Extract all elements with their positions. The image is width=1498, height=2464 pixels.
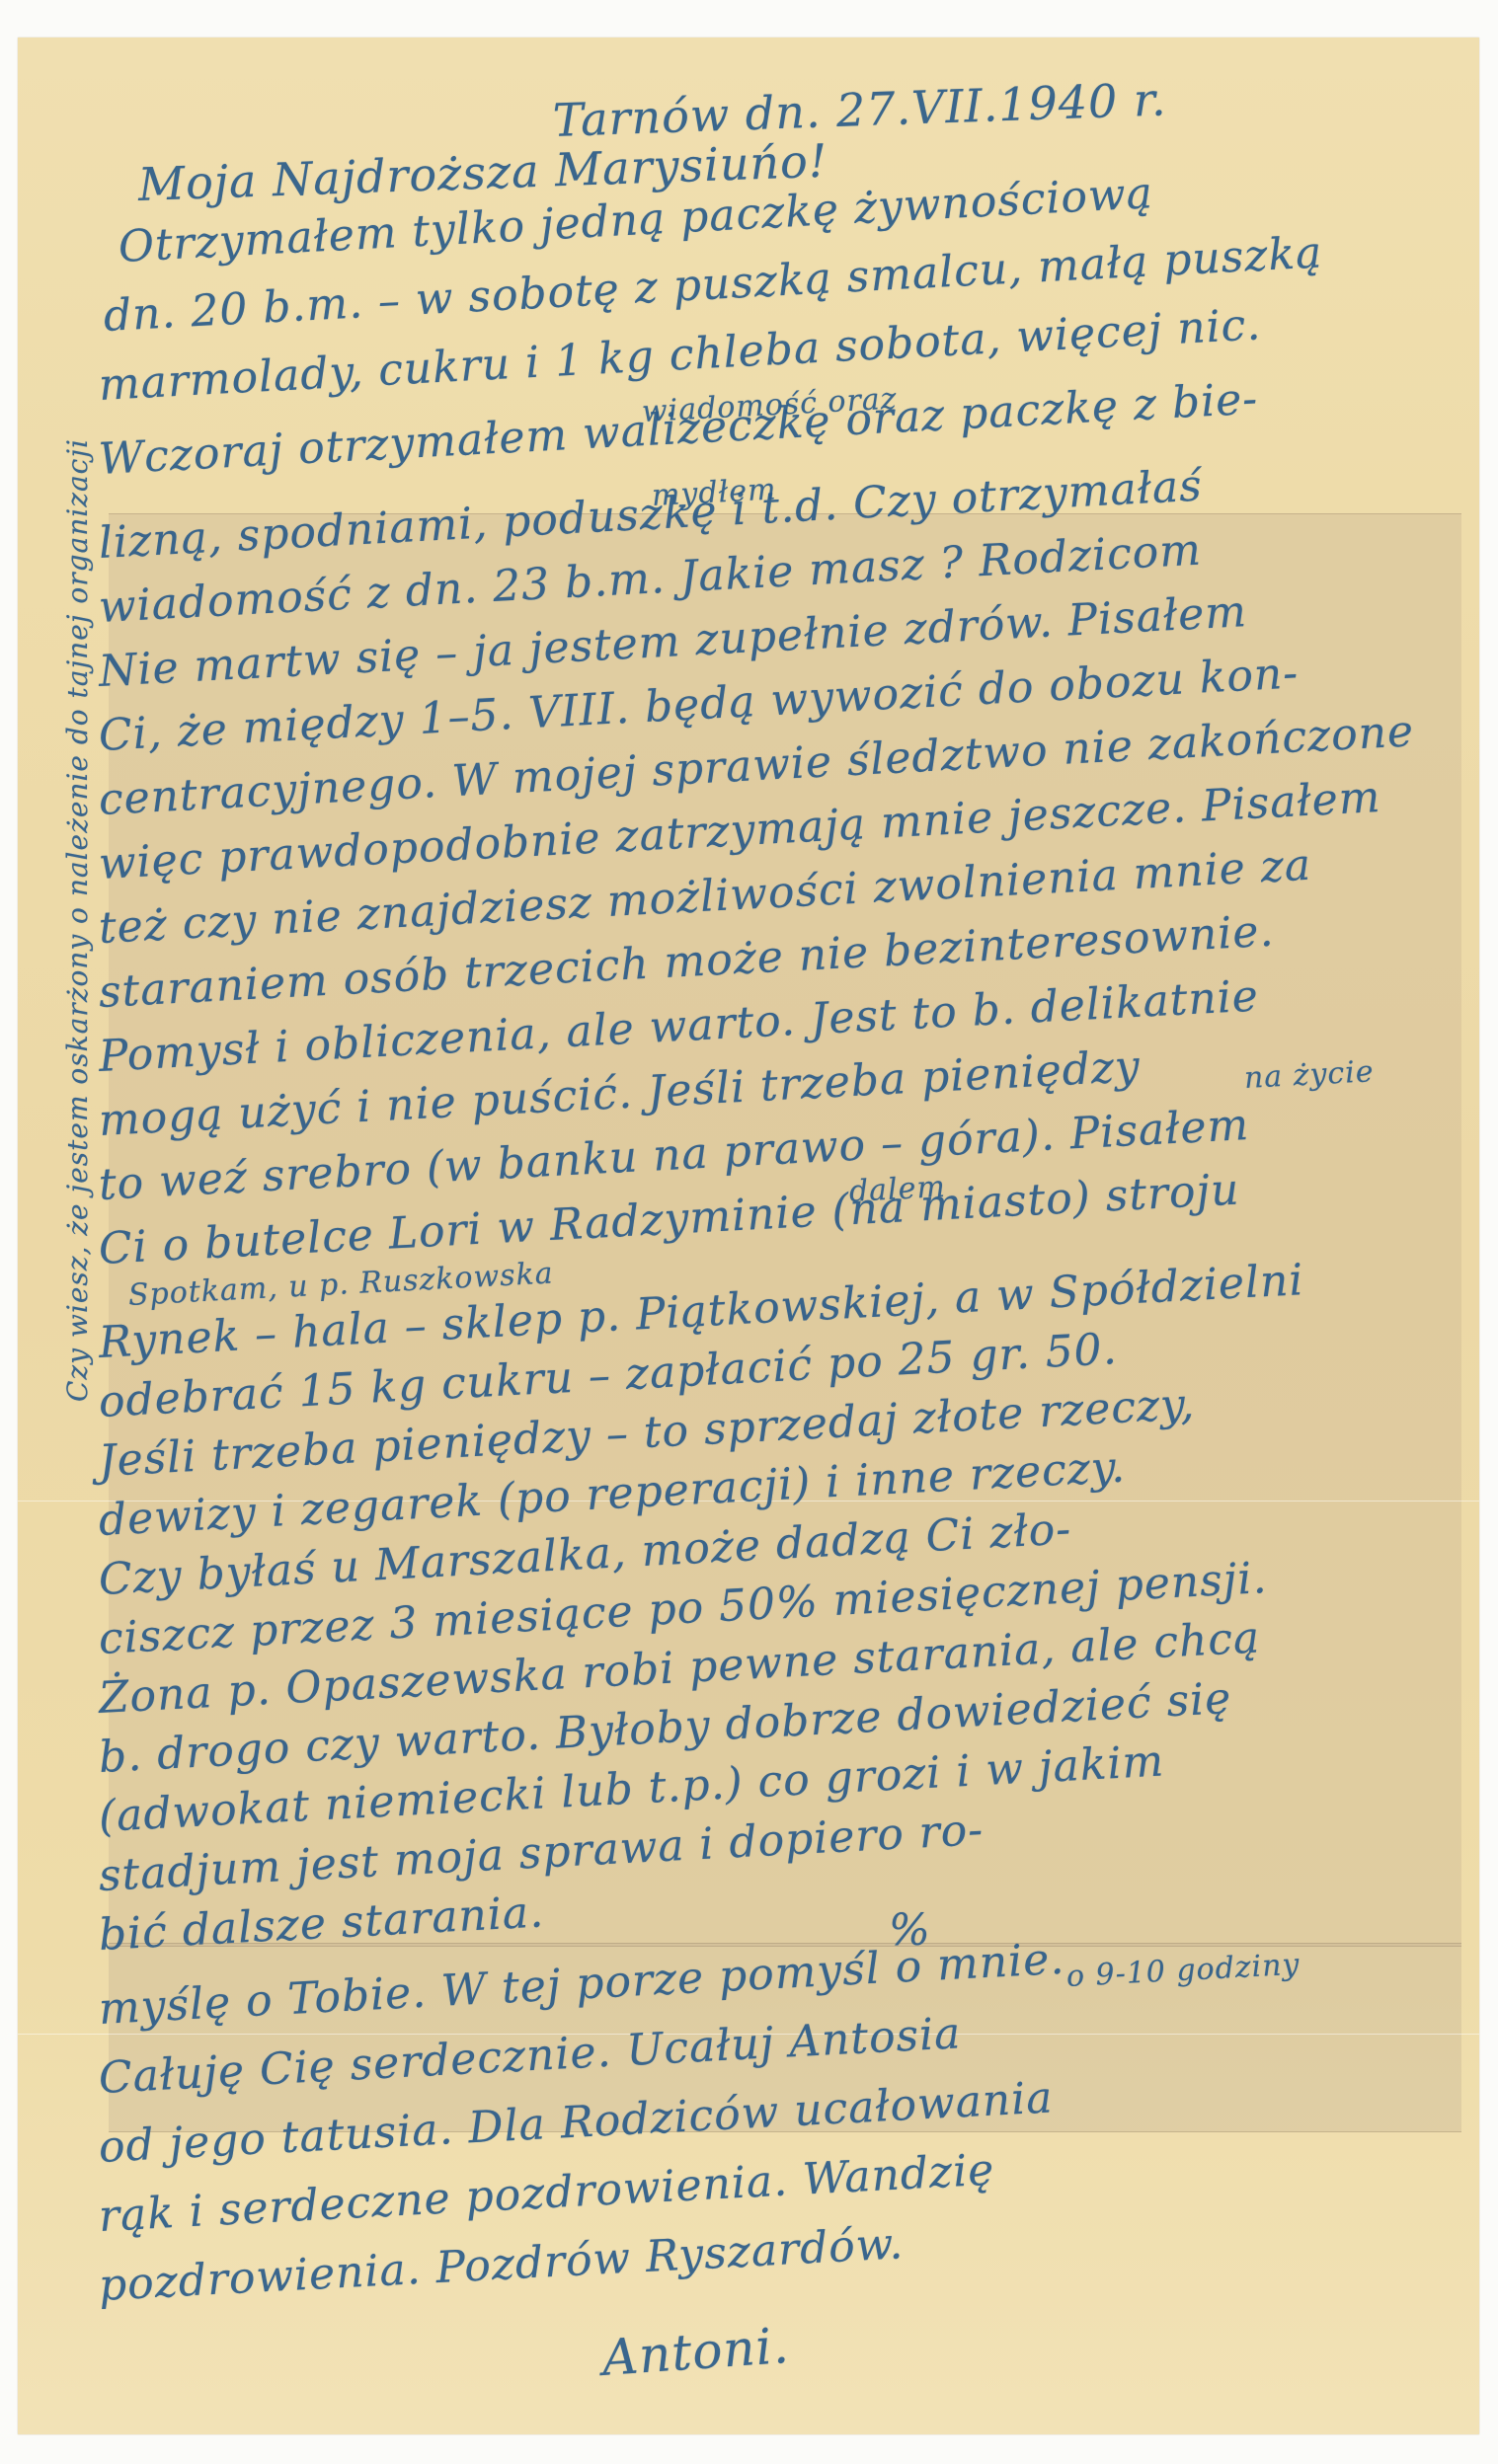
margin-note: Czy wiesz, że jestem oskarżony o należen… bbox=[61, 20, 94, 1402]
interlinear-note: na życie bbox=[1243, 1054, 1375, 1096]
